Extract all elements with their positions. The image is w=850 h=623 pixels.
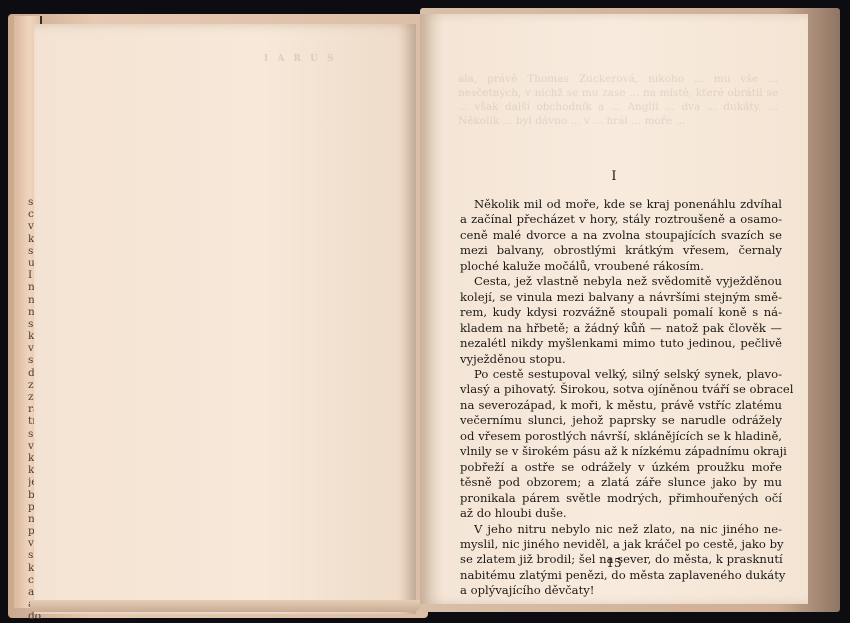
text-line: večernímu slunci, jehož paprsky se narud… xyxy=(460,413,782,428)
torn-page-edge xyxy=(30,600,420,612)
reverse-side-showthrough: ala, právě Thomas Zuckerová, nikoho ... … xyxy=(458,72,778,128)
text-line: těsně pod obzorem; a zlatá záře slunce j… xyxy=(460,475,782,490)
text-line: Několik mil od moře, kde se kraj ponenáh… xyxy=(460,197,782,212)
text-line: ceně malé dvorce a na zvolna stoupajícíc… xyxy=(460,228,782,243)
text-line: na severozápad, k moři, k městu, právě v… xyxy=(460,398,782,413)
left-page: I A R U S xyxy=(34,24,416,614)
text-line: mezi balvany, obrostlými krátkým vřesem,… xyxy=(460,243,782,258)
text-line: ploché kaluže močálů, vroubené rákosím. xyxy=(460,259,782,274)
text-line: a oplývajícího děvčaty! xyxy=(460,583,782,598)
text-line: kladem na hřbetě; a žádný kůň — natož pa… xyxy=(460,321,782,336)
text-line: nezalétl nikdy myšlenkami mimo tuto jedi… xyxy=(460,336,782,351)
text-line: nabitému zlatými penězi, do města zaplav… xyxy=(460,568,782,583)
text-line: rem, kudy kdysi rozvážně stoupali pomalí… xyxy=(460,305,782,320)
text-line: a začínal přecházet v hory, stály roztro… xyxy=(460,212,782,227)
chapter-number: I xyxy=(420,169,808,184)
text-line: vlasý a pihovatý. Širokou, sotva ojíněno… xyxy=(460,382,782,397)
text-line: myslil, nic jiného neviděl, a jak kráčel… xyxy=(460,537,782,552)
text-line: V jeho nitru nebylo nic než zlato, na ni… xyxy=(460,522,782,537)
text-line: Po cestě sestupoval velký, silný selský … xyxy=(460,367,782,382)
right-page: ala, právě Thomas Zuckerová, nikoho ... … xyxy=(420,14,808,604)
text-line: Cesta, jež vlastně nebyla než svědomitě … xyxy=(460,274,782,289)
text-line: pobřeží a ostře se odrážely v úzkém prou… xyxy=(460,460,782,475)
text-line: až do hloubi duše. xyxy=(460,506,782,521)
chapter-body-text: Několik mil od moře, kde se kraj ponenáh… xyxy=(460,197,782,599)
text-line: pronikala párem světle modrých, přimhouř… xyxy=(460,491,782,506)
text-line: vlnily se v širokém pásu až k nízkému zá… xyxy=(460,444,782,459)
left-page-showthrough: I A R U S xyxy=(264,54,337,64)
page-number: 15 xyxy=(420,556,808,570)
text-line: kolejí, se vinula mezi balvany a návrším… xyxy=(460,290,782,305)
text-line: od vřesem porostlých návrší, sklánějícíc… xyxy=(460,429,782,444)
text-line: vyježděnou stopu. xyxy=(460,352,782,367)
